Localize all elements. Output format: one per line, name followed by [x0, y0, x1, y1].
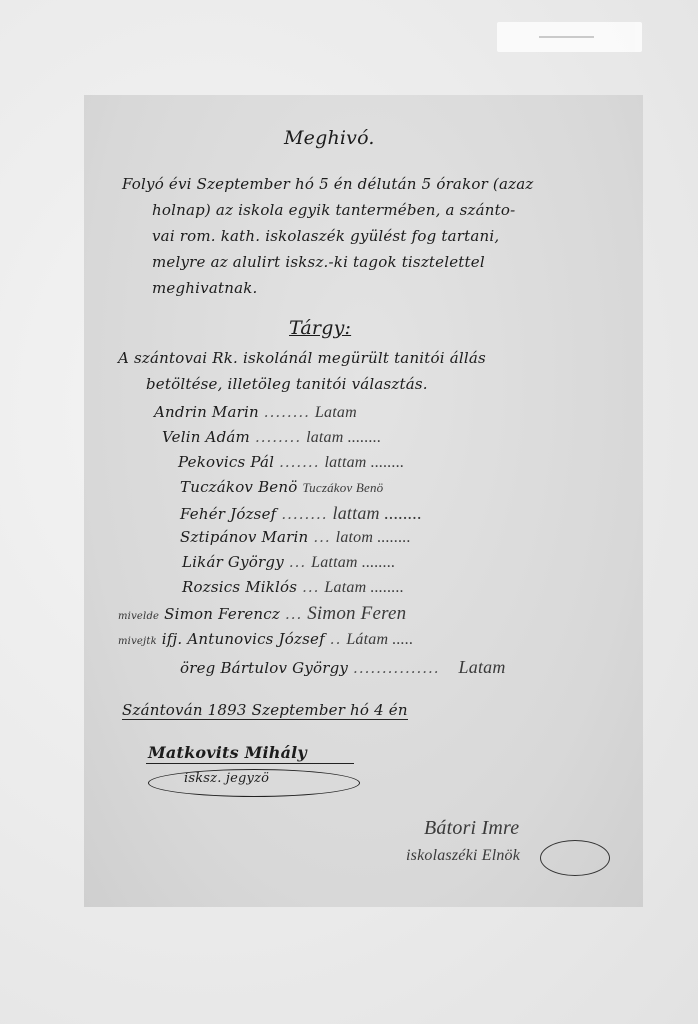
member-signature: Simon Feren [307, 603, 406, 624]
member-signature: latam ........ [306, 429, 381, 446]
label-smudge [539, 36, 594, 38]
secretary-signature-name: Matkovits Mihály [148, 743, 307, 762]
leader-dots: ............... [353, 659, 440, 677]
body-line-2: holnap) az iskola egyik tantermében, a s… [152, 201, 515, 219]
body-line-5: meghivatnak. [152, 279, 257, 297]
body-line-3: vai rom. kath. iskolaszék gyülést fog ta… [152, 227, 499, 245]
place-and-date: Szántován 1893 Szeptember hó 4 én [122, 701, 408, 720]
body-line-1: Folyó évi Szeptember hó 5 én délután 5 ó… [122, 175, 533, 193]
member-signature: lattam ........ [324, 454, 404, 471]
member-name: Rozsics Miklós [182, 578, 297, 596]
member-signature: Latam ........ [324, 579, 404, 596]
member-name: Pekovics Pál [178, 453, 274, 471]
leader-dots: ... [313, 528, 330, 546]
member-signature: Latam [315, 404, 357, 421]
member-row-7: Likár György ... Lattam ........ [182, 553, 395, 572]
scanned-document-page: Meghivó. Folyó évi Szeptember hó 5 én dé… [84, 95, 643, 907]
member-row-5: Fehér József ........ lattam ........ [180, 503, 422, 524]
member-row-4: Tuczákov Benö Tuczákov Benö [180, 478, 383, 496]
leader-dots: ....... [279, 453, 319, 471]
member-name: öreg Bártulov György [180, 659, 348, 677]
member-name: Fehér József [180, 505, 276, 523]
archive-label-strip [497, 22, 642, 52]
subject-line-1: A szántovai Rk. iskolánál megürült tanit… [118, 349, 486, 367]
member-name: ifj. Antunovics József [162, 630, 325, 648]
member-name: Tuczákov Benö [180, 478, 297, 496]
leader-dots: ... [285, 605, 302, 623]
leader-dots: .. [330, 630, 342, 648]
leader-dots: ... [302, 578, 319, 596]
member-name: Likár György [182, 553, 284, 571]
leader-dots: ........ [255, 428, 301, 446]
subject-heading: Tárgy: [289, 317, 351, 339]
member-row-8: Rozsics Miklós ... Latam ........ [182, 578, 404, 597]
leader-dots: ........ [264, 403, 310, 421]
subject-line-2: betöltése, illetöleg tanitói választás. [146, 375, 428, 393]
member-prefix-note: mivelde [118, 611, 159, 622]
member-name: Sztipánov Marin [180, 528, 308, 546]
member-row-6: Sztipánov Marin ... latom ........ [180, 528, 411, 547]
president-flourish [540, 840, 610, 876]
member-signature: Látam ..... [346, 631, 413, 648]
document-title: Meghivó. [284, 127, 375, 149]
member-signature: latom ........ [336, 529, 411, 546]
member-row-10: mivejtk ifj. Antunovics József .. Látam … [118, 630, 413, 649]
member-signature: Latam [459, 657, 506, 677]
president-signature-name: Bátori Imre [424, 817, 519, 840]
member-row-2: Velin Adám ........ latam ........ [162, 428, 381, 447]
leader-dots: ........ [281, 505, 327, 523]
member-row-1: Andrin Marin ........ Latam [154, 403, 357, 422]
member-name: Velin Adám [162, 428, 250, 446]
member-row-9: mivelde Simon Ferencz ... Simon Feren [118, 603, 406, 625]
president-signature-role: iskolaszéki Elnök [406, 847, 520, 865]
member-row-3: Pekovics Pál ....... lattam ........ [178, 453, 404, 472]
member-signature: Lattam ........ [311, 554, 395, 571]
member-name: Andrin Marin [154, 403, 259, 421]
body-line-4: melyre az alulirt isksz.-ki tagok tiszte… [152, 253, 485, 271]
secretary-underline [146, 763, 354, 764]
member-signature: Tuczákov Benö [302, 480, 383, 495]
member-name: Simon Ferencz [164, 605, 280, 623]
leader-dots: ... [289, 553, 306, 571]
member-row-11: öreg Bártulov György ............... Lat… [180, 657, 506, 678]
member-signature: lattam ........ [333, 503, 423, 523]
secretary-flourish [148, 769, 360, 797]
member-prefix-note: mivejtk [118, 636, 157, 647]
